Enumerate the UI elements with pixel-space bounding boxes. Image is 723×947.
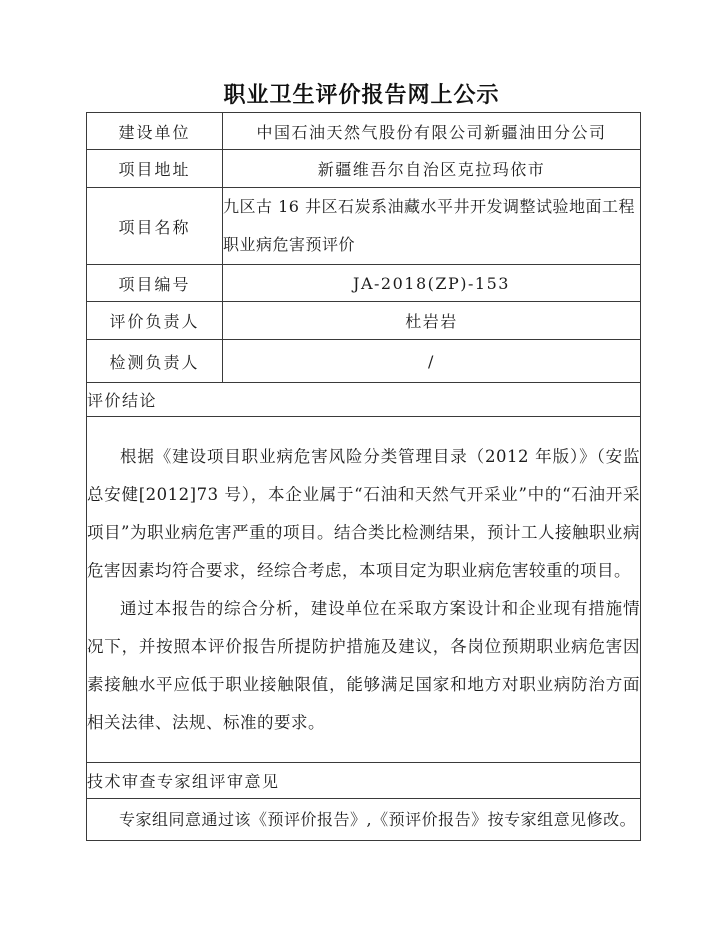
- evaluation-lead-label: 评价负责人: [87, 302, 223, 340]
- evaluation-lead-value: 杜岩岩: [223, 302, 641, 340]
- page-title: 职业卫生评价报告网上公示: [0, 78, 723, 109]
- construction-unit-label: 建设单位: [87, 113, 223, 150]
- project-name-label: 项目名称: [87, 188, 223, 265]
- table-row-testing-lead: 检测负责人 /: [87, 340, 641, 383]
- table-row-project-name: 项目名称 九区古 16 井区石炭系油藏水平井开发调整试验地面工程职业病危害预评价: [87, 188, 641, 265]
- project-number-label: 项目编号: [87, 265, 223, 302]
- project-name-value: 九区古 16 井区石炭系油藏水平井开发调整试验地面工程职业病危害预评价: [223, 188, 641, 265]
- evaluation-conclusion-heading: 评价结论: [87, 383, 641, 417]
- conclusion-paragraph-1: 根据《建设项目职业病危害风险分类管理目录（2012 年版）》（安监总安健[201…: [87, 438, 640, 590]
- project-address-value: 新疆维吾尔自治区克拉玛依市: [223, 150, 641, 188]
- conclusion-paragraph-2: 通过本报告的综合分析，建设单位在采取方案设计和企业现有措施情况下，并按照本评价报…: [87, 590, 640, 742]
- expert-review-heading: 技术审查专家组评审意见: [87, 763, 641, 799]
- table-row-project-address: 项目地址 新疆维吾尔自治区克拉玛依市: [87, 150, 641, 188]
- table-row-construction-unit: 建设单位 中国石油天然气股份有限公司新疆油田分公司: [87, 113, 641, 150]
- testing-lead-value: /: [223, 340, 641, 383]
- table-row-project-number: 项目编号 JA-2018(ZP)-153: [87, 265, 641, 302]
- table-row-expert-review-content: 专家组同意通过该《预评价报告》,《预评价报告》按专家组意见修改。: [87, 799, 641, 841]
- table-row-evaluation-lead: 评价负责人 杜岩岩: [87, 302, 641, 340]
- table-row-conclusion-heading: 评价结论: [87, 383, 641, 417]
- document-page: { "page": { "title": "职业卫生评价报告网上公示" }, "…: [0, 0, 723, 947]
- expert-review-content: 专家组同意通过该《预评价报告》,《预评价报告》按专家组意见修改。: [87, 799, 641, 841]
- public-notice-table: 建设单位 中国石油天然气股份有限公司新疆油田分公司 项目地址 新疆维吾尔自治区克…: [86, 112, 641, 841]
- project-number-value: JA-2018(ZP)-153: [223, 265, 641, 302]
- construction-unit-value: 中国石油天然气股份有限公司新疆油田分公司: [223, 113, 641, 150]
- project-address-label: 项目地址: [87, 150, 223, 188]
- table-row-expert-review-heading: 技术审查专家组评审意见: [87, 763, 641, 799]
- testing-lead-label: 检测负责人: [87, 340, 223, 383]
- table-row-conclusion-body: 根据《建设项目职业病危害风险分类管理目录（2012 年版）》（安监总安健[201…: [87, 417, 641, 763]
- evaluation-conclusion-body: 根据《建设项目职业病危害风险分类管理目录（2012 年版）》（安监总安健[201…: [87, 417, 641, 763]
